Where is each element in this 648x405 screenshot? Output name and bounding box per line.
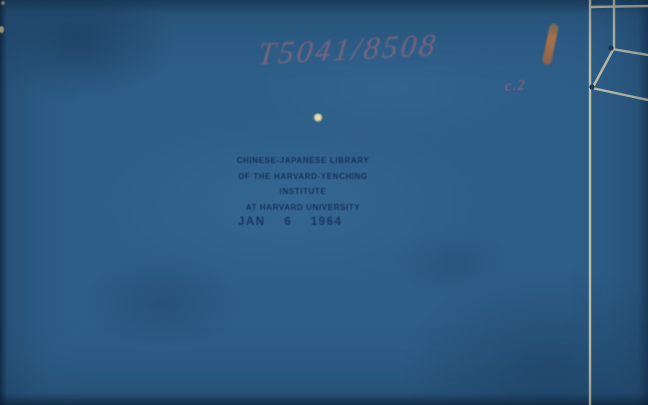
paper-speck-left-edge — [0, 26, 4, 33]
thread-horizontal-mid — [612, 49, 648, 55]
thread-diagonal — [593, 48, 614, 87]
paper-speck-center — [313, 113, 323, 122]
date-stamp: JAN 6 1964 — [238, 216, 378, 228]
crayon-mark — [542, 23, 560, 66]
paper-speck-corner — [1, 1, 5, 5]
stamp-line-2: OF THE HARVARD-YENCHING INSTITUTE — [218, 169, 388, 200]
thread-horizontal-low — [592, 88, 648, 100]
stamp-line-1: CHINESE-JAPANESE LIBRARY — [218, 153, 388, 169]
stitch-hole-lower — [589, 84, 594, 89]
stamp-line-3: AT HARVARD UNIVERSITY — [218, 200, 388, 216]
thread-horizontal-top — [590, 6, 648, 7]
scanned-cover: T5041/8508 c.2 CHINESE-JAPANESE LIBRARY … — [0, 0, 648, 405]
copy-number-handwriting: c.2 — [504, 77, 526, 95]
stitch-hole-upper — [608, 45, 613, 50]
call-number-handwriting: T5041/8508 — [256, 24, 500, 73]
library-stamp: CHINESE-JAPANESE LIBRARY OF THE HARVARD-… — [218, 153, 388, 215]
